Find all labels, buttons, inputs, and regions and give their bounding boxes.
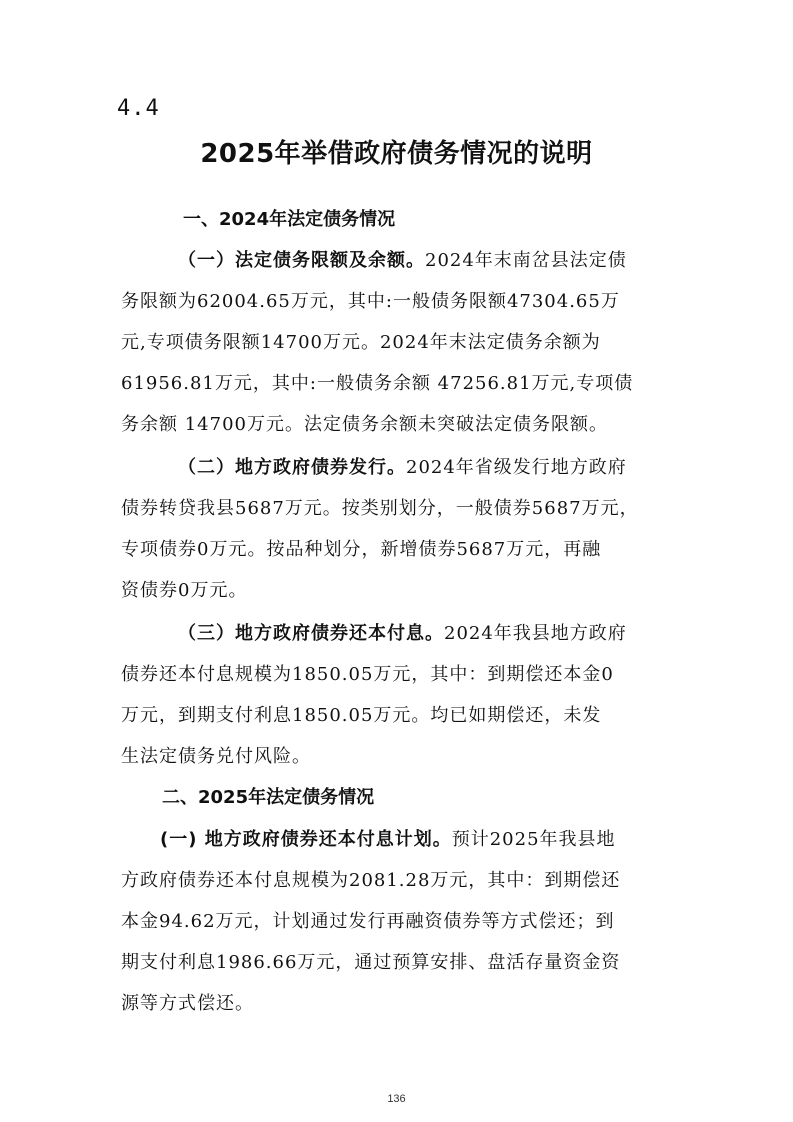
paragraph-line: 务余额 14700万元。法定债务余额未突破法定债务限额。 bbox=[121, 410, 671, 436]
paragraph-lead: (一) 地方政府债券还本付息计划。 bbox=[160, 829, 452, 850]
paragraph-line: 期支付利息1986.66万元，通过预算安排、盘活存量资金资 bbox=[121, 948, 671, 974]
paragraph-line: 债券转贷我县5687万元。按类别划分，一般债券5687万元， bbox=[121, 494, 671, 520]
paragraph-line: 万元，到期支付利息1850.05万元。均已如期偿还，未发 bbox=[121, 701, 671, 727]
section-heading-2025: 二、2025年法定债务情况 bbox=[162, 783, 374, 809]
paragraph-line: 债券还本付息规模为1850.05万元，其中：到期偿还本金0 bbox=[121, 660, 671, 686]
paragraph-lead: （一）法定债务限额及余额。 bbox=[178, 250, 425, 271]
paragraph-line: 61956.81万元，其中:一般债务余额 47256.81万元,专项债 bbox=[121, 369, 671, 395]
paragraph-lead: （二）地方政府债券发行。 bbox=[178, 457, 406, 478]
paragraph-line: 元,专项债务限额14700万元。2024年末法定债务余额为 bbox=[121, 328, 671, 354]
paragraph-line: 本金94.62万元，计划通过发行再融资债券等方式偿还；到 bbox=[121, 907, 671, 933]
paragraph-lead: （三）地方政府债券还本付息。 bbox=[178, 623, 444, 644]
paragraph-line: 务限额为62004.65万元，其中:一般债务限额47304.65万 bbox=[121, 287, 671, 313]
paragraph-line: （一）法定债务限额及余额。2024年末南岔县法定债 bbox=[178, 246, 728, 272]
document-page: 4.4 2025年举借政府债务情况的说明 一、2024年法定债务情况 （一）法定… bbox=[0, 0, 793, 1122]
paragraph-line: 方政府债券还本付息规模为2081.28万元，其中：到期偿还 bbox=[121, 866, 671, 892]
paragraph-line: （三）地方政府债券还本付息。2024年我县地方政府 bbox=[178, 619, 728, 645]
paragraph-line: 资债券0万元。 bbox=[121, 576, 671, 602]
paragraph-line: 生法定债务兑付风险。 bbox=[121, 742, 671, 768]
section-number: 4.4 bbox=[117, 96, 160, 121]
paragraph-line: 专项债券0万元。按品种划分，新增债券5687万元，再融 bbox=[121, 535, 671, 561]
paragraph-line: (一) 地方政府债券还本付息计划。预计2025年我县地 bbox=[160, 825, 710, 851]
page-number: 136 bbox=[0, 1093, 793, 1105]
paragraph-line: 源等方式偿还。 bbox=[121, 989, 671, 1015]
paragraph-line: （二）地方政府债券发行。2024年省级发行地方政府 bbox=[178, 453, 728, 479]
document-title: 2025年举借政府债务情况的说明 bbox=[0, 133, 793, 170]
section-heading-2024: 一、2024年法定债务情况 bbox=[183, 205, 395, 231]
